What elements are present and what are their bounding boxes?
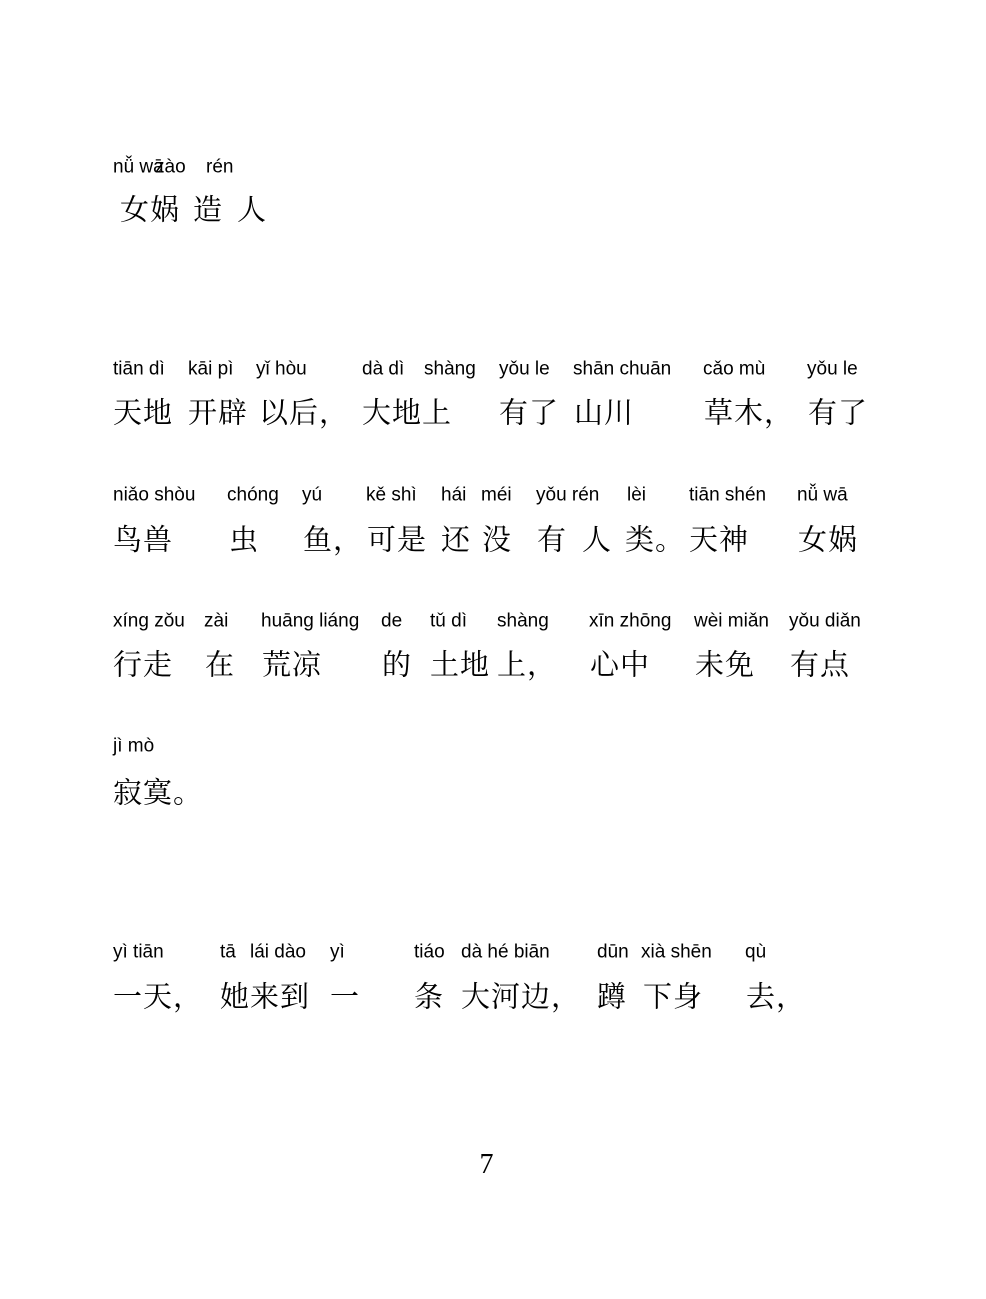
line-pinyin: shān chuān xyxy=(573,360,671,379)
document-page: nǚ wāzàorén女娲造人 tiān dìkāi pìyǐ hòudà dì… xyxy=(0,0,986,1299)
line-pinyin: jì mò xyxy=(113,737,154,756)
title-pinyin: zào xyxy=(155,158,186,177)
line-hanzi: 以后， xyxy=(259,399,349,428)
line-hanzi: 寂寞。 xyxy=(113,779,203,808)
line-pinyin: hái xyxy=(441,486,466,505)
line-hanzi: 心中 xyxy=(590,651,650,680)
line-pinyin: yǒu le xyxy=(807,360,858,379)
line-hanzi: 有了 xyxy=(808,399,868,428)
line-hanzi: 荒凉 xyxy=(262,651,322,680)
line-pinyin: dà hé biān xyxy=(461,943,550,962)
line-pinyin: lèi xyxy=(627,486,646,505)
line-hanzi: 鱼， xyxy=(303,526,363,555)
line-pinyin: xíng zǒu xyxy=(113,612,185,631)
line-pinyin: tiān dì xyxy=(113,360,165,379)
line-hanzi: 条 xyxy=(414,983,444,1012)
line-pinyin: tiān shén xyxy=(689,486,766,505)
line-hanzi: 可是 xyxy=(367,526,427,555)
line-hanzi: 天地 xyxy=(113,399,173,428)
line-hanzi: 开辟 xyxy=(188,399,248,428)
line-pinyin: yǒu le xyxy=(499,360,550,379)
line-hanzi: 天神 xyxy=(689,526,749,555)
line-hanzi: 大地上 xyxy=(362,399,452,428)
line-pinyin: de xyxy=(381,612,402,631)
line-hanzi: 蹲 xyxy=(597,983,627,1012)
line-pinyin: chóng xyxy=(227,486,279,505)
line-hanzi: 有点 xyxy=(790,651,850,680)
title-hanzi: 女娲 xyxy=(120,196,180,225)
line-hanzi: 山川 xyxy=(574,399,634,428)
line-hanzi: 鸟兽 xyxy=(113,526,173,555)
line-hanzi: 有 xyxy=(537,526,567,555)
line-pinyin: xīn zhōng xyxy=(589,612,671,631)
line-hanzi: 大河边， xyxy=(461,983,581,1012)
line-hanzi: 女娲 xyxy=(798,526,858,555)
line-pinyin: nǚ wā xyxy=(797,486,848,505)
line-pinyin: dūn xyxy=(597,943,629,962)
line-pinyin: xià shēn xyxy=(641,943,712,962)
line-hanzi: 去， xyxy=(746,983,806,1012)
line-hanzi: 一 xyxy=(330,983,360,1012)
line-hanzi: 草木， xyxy=(704,399,794,428)
line-pinyin: yǒu diǎn xyxy=(789,612,861,631)
line-pinyin: tā xyxy=(220,943,236,962)
line-pinyin: lái dào xyxy=(250,943,306,962)
line-hanzi: 虫 xyxy=(229,526,259,555)
line-pinyin: tiáo xyxy=(414,943,445,962)
line-pinyin: yǐ hòu xyxy=(256,360,307,379)
line-pinyin: wèi miǎn xyxy=(694,612,769,631)
line-hanzi: 类。 xyxy=(625,526,685,555)
line-hanzi: 行走 xyxy=(113,651,173,680)
line-pinyin: kě shì xyxy=(366,486,417,505)
line-pinyin: dà dì xyxy=(362,360,404,379)
line-hanzi: 有了 xyxy=(499,399,559,428)
line-hanzi: 一天， xyxy=(113,983,203,1012)
line-pinyin: qù xyxy=(745,943,766,962)
line-hanzi: 上， xyxy=(497,651,557,680)
line-pinyin: shàng xyxy=(424,360,476,379)
line-pinyin: yú xyxy=(302,486,322,505)
line-pinyin: yì tiān xyxy=(113,943,164,962)
line-pinyin: méi xyxy=(481,486,512,505)
line-pinyin: shàng xyxy=(497,612,549,631)
line-hanzi: 土地 xyxy=(430,651,490,680)
line-pinyin: tǔ dì xyxy=(430,612,467,631)
line-hanzi: 在 xyxy=(205,651,235,680)
title-hanzi: 造 xyxy=(193,196,223,225)
line-pinyin: yǒu rén xyxy=(536,486,599,505)
line-hanzi: 未免 xyxy=(695,651,755,680)
line-hanzi: 下身 xyxy=(643,983,703,1012)
title-pinyin: rén xyxy=(206,158,233,177)
line-hanzi: 她来到 xyxy=(220,983,310,1012)
line-pinyin: zài xyxy=(204,612,228,631)
page-number: 7 xyxy=(0,1151,973,1179)
line-pinyin: cǎo mù xyxy=(703,360,765,379)
title-hanzi: 人 xyxy=(237,196,267,225)
line-hanzi: 人 xyxy=(582,526,612,555)
line-hanzi: 还 xyxy=(441,526,471,555)
line-pinyin: niǎo shòu xyxy=(113,486,195,505)
line-hanzi: 的 xyxy=(382,651,412,680)
line-hanzi: 没 xyxy=(482,526,512,555)
line-pinyin: yì xyxy=(330,943,345,962)
line-pinyin: huāng liáng xyxy=(261,612,359,631)
line-pinyin: kāi pì xyxy=(188,360,233,379)
